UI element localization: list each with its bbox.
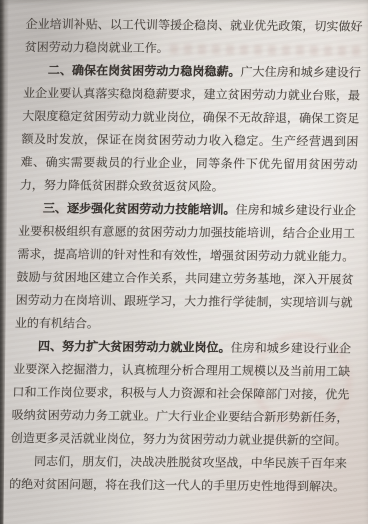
section-heading: 二、确保在岗贫困劳动力稳岗稳薪。 (48, 63, 241, 79)
paragraph-section-2: 二、确保在岗贫困劳动力稳岗稳薪。广大住房和城乡建设行业企业要认真落实稳岗稳薪要求… (19, 59, 361, 200)
page-left-edge-shadow (0, 0, 9, 524)
paragraph-text: 住房和城乡建设行业企业要深入挖掘潜力，认真梳理分析合理用工规模以及当前用工缺口和… (11, 341, 352, 448)
section-heading: 三、逐步强化贫困劳动力技能培训。 (43, 201, 236, 217)
paragraph-text: 住房和城乡建设行业企业要积极组织有意愿的贫困劳动力加强技能培训，结合企业用工需求… (15, 203, 357, 331)
document-body: 企业培训补贴、以工代训等援企稳岗、就业优先政策，切实做好贫困劳动力稳岗就业工作。… (9, 13, 363, 499)
paragraph-closing: 同志们，朋友们，决战决胜脱贫攻坚战，中华民族千百年来的绝对贫困问题，将在我们这一… (9, 450, 348, 499)
paragraph-continuation: 企业培训补贴、以工代训等援企稳岗、就业优先政策，切实做好贫困劳动力稳岗就业工作。 (24, 13, 363, 62)
section-heading: 四、努力扩大贫困劳动力就业岗位。 (38, 339, 231, 355)
paragraph-section-4: 四、努力扩大贫困劳动力就业岗位。住房和城乡建设行业企业要深入挖掘潜力，认真梳理分… (10, 335, 351, 453)
document-photo: 企业培训补贴、以工代训等援企稳岗、就业优先政策，切实做好贫困劳动力稳岗就业工作。… (0, 0, 368, 524)
paragraph-text: 广大住房和城乡建设行业企业要认真落实稳岗稳薪要求，建立贫困劳动力就业台账，最大限… (20, 65, 362, 194)
paragraph-text: 同志们，朋友们，决战决胜脱贫攻坚战，中华民族千百年来的绝对贫困问题，将在我们这一… (9, 454, 347, 493)
paragraph-section-3: 三、逐步强化贫困劳动力技能培训。住房和城乡建设行业企业要积极组织有意愿的贫困劳动… (14, 197, 356, 338)
paragraph-text: 企业培训补贴、以工代训等援企稳岗、就业优先政策，切实做好贫困劳动力稳岗就业工作。 (25, 17, 363, 55)
